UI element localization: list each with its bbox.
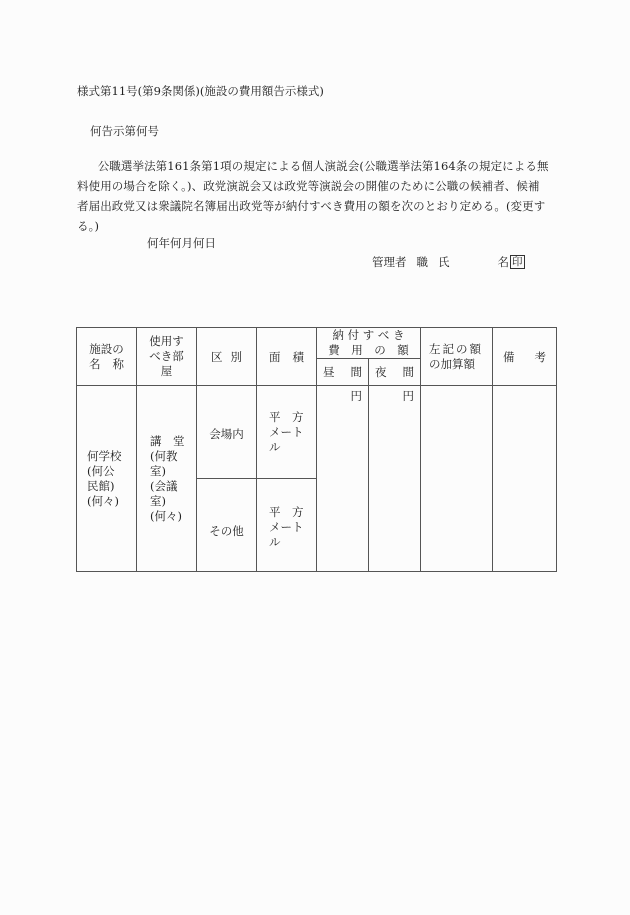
form-title: 様式第11号(第9条関係)(施設の費用額告示様式) (77, 84, 324, 98)
daytime-fee-cell: 円 (317, 386, 369, 572)
notice-number: 何告示第何号 (90, 124, 159, 138)
header-facility-name: 施設の 名 称 (77, 328, 137, 386)
header-fee: 納 付 す べ き 費 用 の 額 (317, 328, 421, 359)
header-nighttime: 夜 間 (369, 359, 421, 386)
header-area: 面 積 (257, 328, 317, 386)
signature-name-label: 名 (498, 255, 510, 269)
area-cell-other: 平 方 メート ル (257, 479, 317, 572)
header-sum: 左記の額 の加算額 (421, 328, 493, 386)
nighttime-fee-cell: 円 (369, 386, 421, 572)
room-cell: 講 堂 (何教 室) (会議 室) (何々) (137, 386, 197, 572)
header-remarks: 備 考 (493, 328, 557, 386)
division-cell-venue: 会場内 (197, 386, 257, 479)
signature-line: 管理者 職 氏 名 印 (372, 255, 525, 269)
notice-body-text: 公職選挙法第161条第1項の規定による個人演説会(公職選挙法第164条の規定によ… (77, 156, 549, 236)
fee-table: 施設の 名 称 使用す べき部 屋 区 別 面 積 (76, 327, 557, 572)
header-daytime: 昼 間 (317, 359, 369, 386)
seal-mark: 印 (510, 255, 525, 269)
header-division: 区 別 (197, 328, 257, 386)
notice-date: 何年何月何日 (147, 236, 216, 250)
header-room: 使用す べき部 屋 (137, 328, 197, 386)
facility-name-cell: 何学校 (何公 民館) (何々) (77, 386, 137, 572)
sum-cell (421, 386, 493, 572)
signature-role: 管理者 (372, 255, 407, 269)
signature-title-part2: 氏 (438, 255, 450, 269)
signature-title-part1: 職 (417, 255, 429, 269)
division-cell-other: その他 (197, 479, 257, 572)
remarks-cell (493, 386, 557, 572)
area-cell-venue: 平 方 メート ル (257, 386, 317, 479)
